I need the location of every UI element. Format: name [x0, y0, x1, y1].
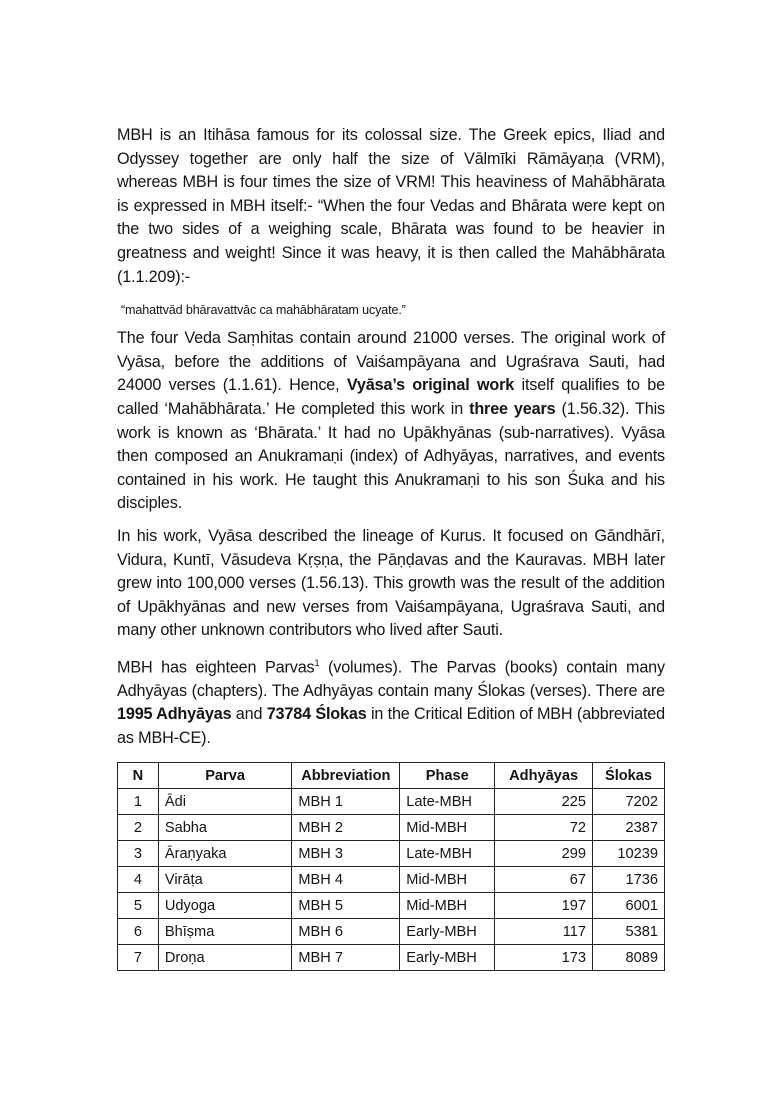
paragraph-vyasa-original: The four Veda Saṃhitas contain around 21… [117, 327, 665, 516]
cell-abbreviation: MBH 4 [292, 867, 400, 893]
cell-parva: Bhīṣma [158, 919, 292, 945]
table-header-row: N Parva Abbreviation Phase Adhyāyas Ślok… [118, 763, 665, 789]
header-phase: Phase [400, 763, 495, 789]
cell-phase: Late-MBH [400, 841, 495, 867]
cell-abbreviation: MBH 2 [292, 815, 400, 841]
cell-phase: Early-MBH [400, 919, 495, 945]
table-row: 4VirāṭaMBH 4Mid-MBH671736 [118, 867, 665, 893]
cell-slokas: 7202 [593, 789, 665, 815]
bold-text: three years [469, 400, 555, 418]
paragraph-parvas: MBH has eighteen Parvas1 (volumes). The … [117, 652, 665, 751]
cell-n: 5 [118, 893, 159, 919]
header-abbreviation: Abbreviation [292, 763, 400, 789]
cell-n: 2 [118, 815, 159, 841]
table-row: 1ĀdiMBH 1Late-MBH2257202 [118, 789, 665, 815]
cell-abbreviation: MBH 7 [292, 945, 400, 971]
cell-phase: Early-MBH [400, 945, 495, 971]
paragraph-lineage: In his work, Vyāsa described the lineage… [117, 525, 665, 643]
cell-slokas: 2387 [593, 815, 665, 841]
table-row: 6BhīṣmaMBH 6Early-MBH1175381 [118, 919, 665, 945]
cell-parva: Āraṇyaka [158, 841, 292, 867]
cell-parva: Udyoga [158, 893, 292, 919]
document-page: MBH is an Itihāsa famous for its colossa… [117, 124, 665, 751]
header-n: N [118, 763, 159, 789]
cell-parva: Sabha [158, 815, 292, 841]
cell-slokas: 5381 [593, 919, 665, 945]
text-run: and [231, 705, 266, 723]
cell-adhyayas: 117 [495, 919, 593, 945]
cell-parva: Droṇa [158, 945, 292, 971]
cell-adhyayas: 197 [495, 893, 593, 919]
parva-table: N Parva Abbreviation Phase Adhyāyas Ślok… [117, 762, 665, 971]
cell-adhyayas: 299 [495, 841, 593, 867]
cell-phase: Mid-MBH [400, 893, 495, 919]
cell-adhyayas: 173 [495, 945, 593, 971]
cell-slokas: 8089 [593, 945, 665, 971]
header-adhyayas: Adhyāyas [495, 763, 593, 789]
cell-abbreviation: MBH 3 [292, 841, 400, 867]
cell-n: 4 [118, 867, 159, 893]
paragraph-intro: MBH is an Itihāsa famous for its colossa… [117, 124, 665, 289]
cell-abbreviation: MBH 5 [292, 893, 400, 919]
text-run: MBH has eighteen Parvas [117, 658, 315, 676]
table-row: 7DroṇaMBH 7Early-MBH1738089 [118, 945, 665, 971]
cell-adhyayas: 67 [495, 867, 593, 893]
cell-n: 6 [118, 919, 159, 945]
cell-adhyayas: 72 [495, 815, 593, 841]
cell-abbreviation: MBH 1 [292, 789, 400, 815]
cell-phase: Mid-MBH [400, 815, 495, 841]
cell-n: 3 [118, 841, 159, 867]
cell-slokas: 1736 [593, 867, 665, 893]
cell-abbreviation: MBH 6 [292, 919, 400, 945]
cell-parva: Virāṭa [158, 867, 292, 893]
sanskrit-quote: “mahattvād bhāravattvāc ca mahābhāratam … [121, 301, 665, 319]
bold-text: 73784 Ślokas [267, 705, 367, 723]
cell-slokas: 10239 [593, 841, 665, 867]
table-row: 3ĀraṇyakaMBH 3Late-MBH29910239 [118, 841, 665, 867]
cell-slokas: 6001 [593, 893, 665, 919]
header-slokas: Ślokas [593, 763, 665, 789]
bold-text: 1995 Adhyāyas [117, 705, 231, 723]
cell-phase: Mid-MBH [400, 867, 495, 893]
table-row: 2SabhaMBH 2Mid-MBH722387 [118, 815, 665, 841]
cell-adhyayas: 225 [495, 789, 593, 815]
header-parva: Parva [158, 763, 292, 789]
table-row: 5UdyogaMBH 5Mid-MBH1976001 [118, 893, 665, 919]
cell-n: 7 [118, 945, 159, 971]
bold-text: Vyāsa’s original work [347, 376, 514, 394]
cell-parva: Ādi [158, 789, 292, 815]
cell-phase: Late-MBH [400, 789, 495, 815]
cell-n: 1 [118, 789, 159, 815]
